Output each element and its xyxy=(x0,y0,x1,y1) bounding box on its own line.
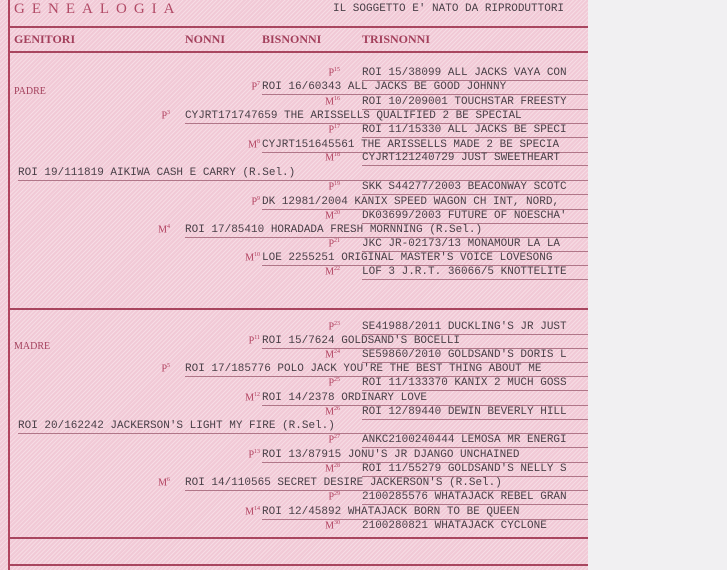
entry-m24: SE59860/2010 GOLDSAND'S DORIS L xyxy=(362,349,588,363)
section-divider xyxy=(10,308,588,310)
subject-note: IL SOGGETTO E' NATO DA RIPRODUTTORI xyxy=(333,3,564,15)
mark-p19: P19 xyxy=(300,181,340,192)
mark-p23: P23 xyxy=(300,321,340,332)
madre-label: MADRE xyxy=(14,341,50,352)
madre-name: ROI 20/162242 JACKERSON'S LIGHT MY FIRE … xyxy=(18,420,588,434)
entry-m6: ROI 14/110565 SECRET DESIRE JACKERSON'S … xyxy=(185,477,588,491)
bottom-divider xyxy=(10,564,588,566)
entry-p27: ANKC2100240444 LEMOSA MR ENERGI xyxy=(362,434,588,448)
mark-p7: P7 xyxy=(220,81,260,92)
entry-m18: CYJRT121240729 JUST SWEETHEART xyxy=(362,152,588,166)
entry-p21: JKC JR-02173/13 MONAMOUR LA LA xyxy=(362,238,588,252)
entry-p11: ROI 15/7624 GOLDSAND'S BOCELLI xyxy=(262,335,588,349)
entry-p9: DK 12981/2004 KANIX SPEED WAGON CH INT, … xyxy=(262,196,588,210)
mark-m6: M6 xyxy=(130,477,170,488)
column-header-divider xyxy=(10,51,588,53)
mark-p9: P9 xyxy=(220,196,260,207)
mark-m24: M24 xyxy=(300,349,340,360)
mark-m4: M4 xyxy=(130,224,170,235)
entry-m8: CYJRT151645561 THE ARISSELLS MADE 2 BE S… xyxy=(262,139,588,153)
entry-m22: LOF 3 J.R.T. 36066/5 KNOTTELITE xyxy=(362,266,588,280)
entry-m30: 2100280821 WHATAJACK CYCLONE xyxy=(362,520,588,533)
column-bisnonni: BISNONNI xyxy=(262,32,321,47)
mark-m22: M22 xyxy=(300,266,340,277)
mark-m20: M20 xyxy=(300,210,340,221)
mark-m16: M16 xyxy=(300,96,340,107)
entry-p3: CYJRT171747659 THE ARISSELLS QUALIFIED 2… xyxy=(185,110,588,124)
mark-p13: P13 xyxy=(220,449,260,460)
entry-m16: ROI 10/209001 TOUCHSTAR FREESTY xyxy=(362,96,588,110)
mark-p29: P29 xyxy=(300,491,340,502)
entry-m12: ROI 14/2378 ORDINARY LOVE xyxy=(262,392,588,406)
entry-m10: LOE 2255251 ORIGINAL MASTER'S VOICE LOVE… xyxy=(262,252,588,266)
entry-m28: ROI 11/55279 GOLDSAND'S NELLY S xyxy=(362,463,588,477)
entry-m26: ROI 12/89440 DEWIN BEVERLY HILL xyxy=(362,406,588,420)
entry-m20: DK03699/2003 FUTURE OF NOESCHA' xyxy=(362,210,588,224)
header-divider xyxy=(10,26,588,28)
entry-p19: SKK S44277/2003 BEACONWAY SCOTC xyxy=(362,181,588,195)
mark-m14: M14 xyxy=(220,506,260,517)
entry-m4: ROI 17/85410 HORADADA FRESH MORNNING (R.… xyxy=(185,224,588,238)
mark-m10: M10 xyxy=(220,252,260,263)
mark-m12: M12 xyxy=(220,392,260,403)
mark-m8: M8 xyxy=(220,139,260,150)
entry-p29: 2100285576 WHATAJACK REBEL GRAN xyxy=(362,491,588,505)
mark-m30: M30 xyxy=(300,520,340,531)
mark-p21: P21 xyxy=(300,238,340,249)
madre-bottom-divider xyxy=(10,537,588,539)
mark-p5: P5 xyxy=(130,363,170,374)
entry-p17: ROI 11/15330 ALL JACKS BE SPECI xyxy=(362,124,588,138)
mark-m26: M26 xyxy=(300,406,340,417)
mark-p17: P17 xyxy=(300,124,340,135)
left-border xyxy=(8,0,10,570)
entry-p15: ROI 15/38099 ALL JACKS VAYA CON xyxy=(362,67,588,81)
column-nonni: NONNI xyxy=(185,32,225,47)
entry-m14: ROI 12/45892 WHATAJACK BORN TO BE QUEEN xyxy=(262,506,588,520)
mark-p11: P11 xyxy=(220,335,260,346)
mark-p25: P25 xyxy=(300,377,340,388)
mark-p3: P3 xyxy=(130,110,170,121)
padre-name: ROI 19/111819 AIKIWA CASH E CARRY (R.Sel… xyxy=(18,167,588,181)
entry-p13: ROI 13/87915 JONU'S JR DJANGO UNCHAINED xyxy=(262,449,588,463)
document-title: GENEALOGIA xyxy=(14,1,181,18)
column-trisnonni: TRISNONNI xyxy=(362,32,430,47)
entry-p5: ROI 17/185776 POLO JACK YOU'RE THE BEST … xyxy=(185,363,588,377)
mark-p27: P27 xyxy=(300,434,340,445)
entry-p25: ROI 11/133370 KANIX 2 MUCH GOSS xyxy=(362,377,588,391)
column-genitori: GENITORI xyxy=(14,32,75,47)
mark-m28: M28 xyxy=(300,463,340,474)
mark-p15: P15 xyxy=(300,67,340,78)
entry-p23: SE41988/2011 DUCKLING'S JR JUST xyxy=(362,321,588,335)
padre-label: PADRE xyxy=(14,86,46,97)
mark-m18: M18 xyxy=(300,152,340,163)
entry-p7: ROI 16/60343 ALL JACKS BE GOOD JOHNNY xyxy=(262,81,588,95)
